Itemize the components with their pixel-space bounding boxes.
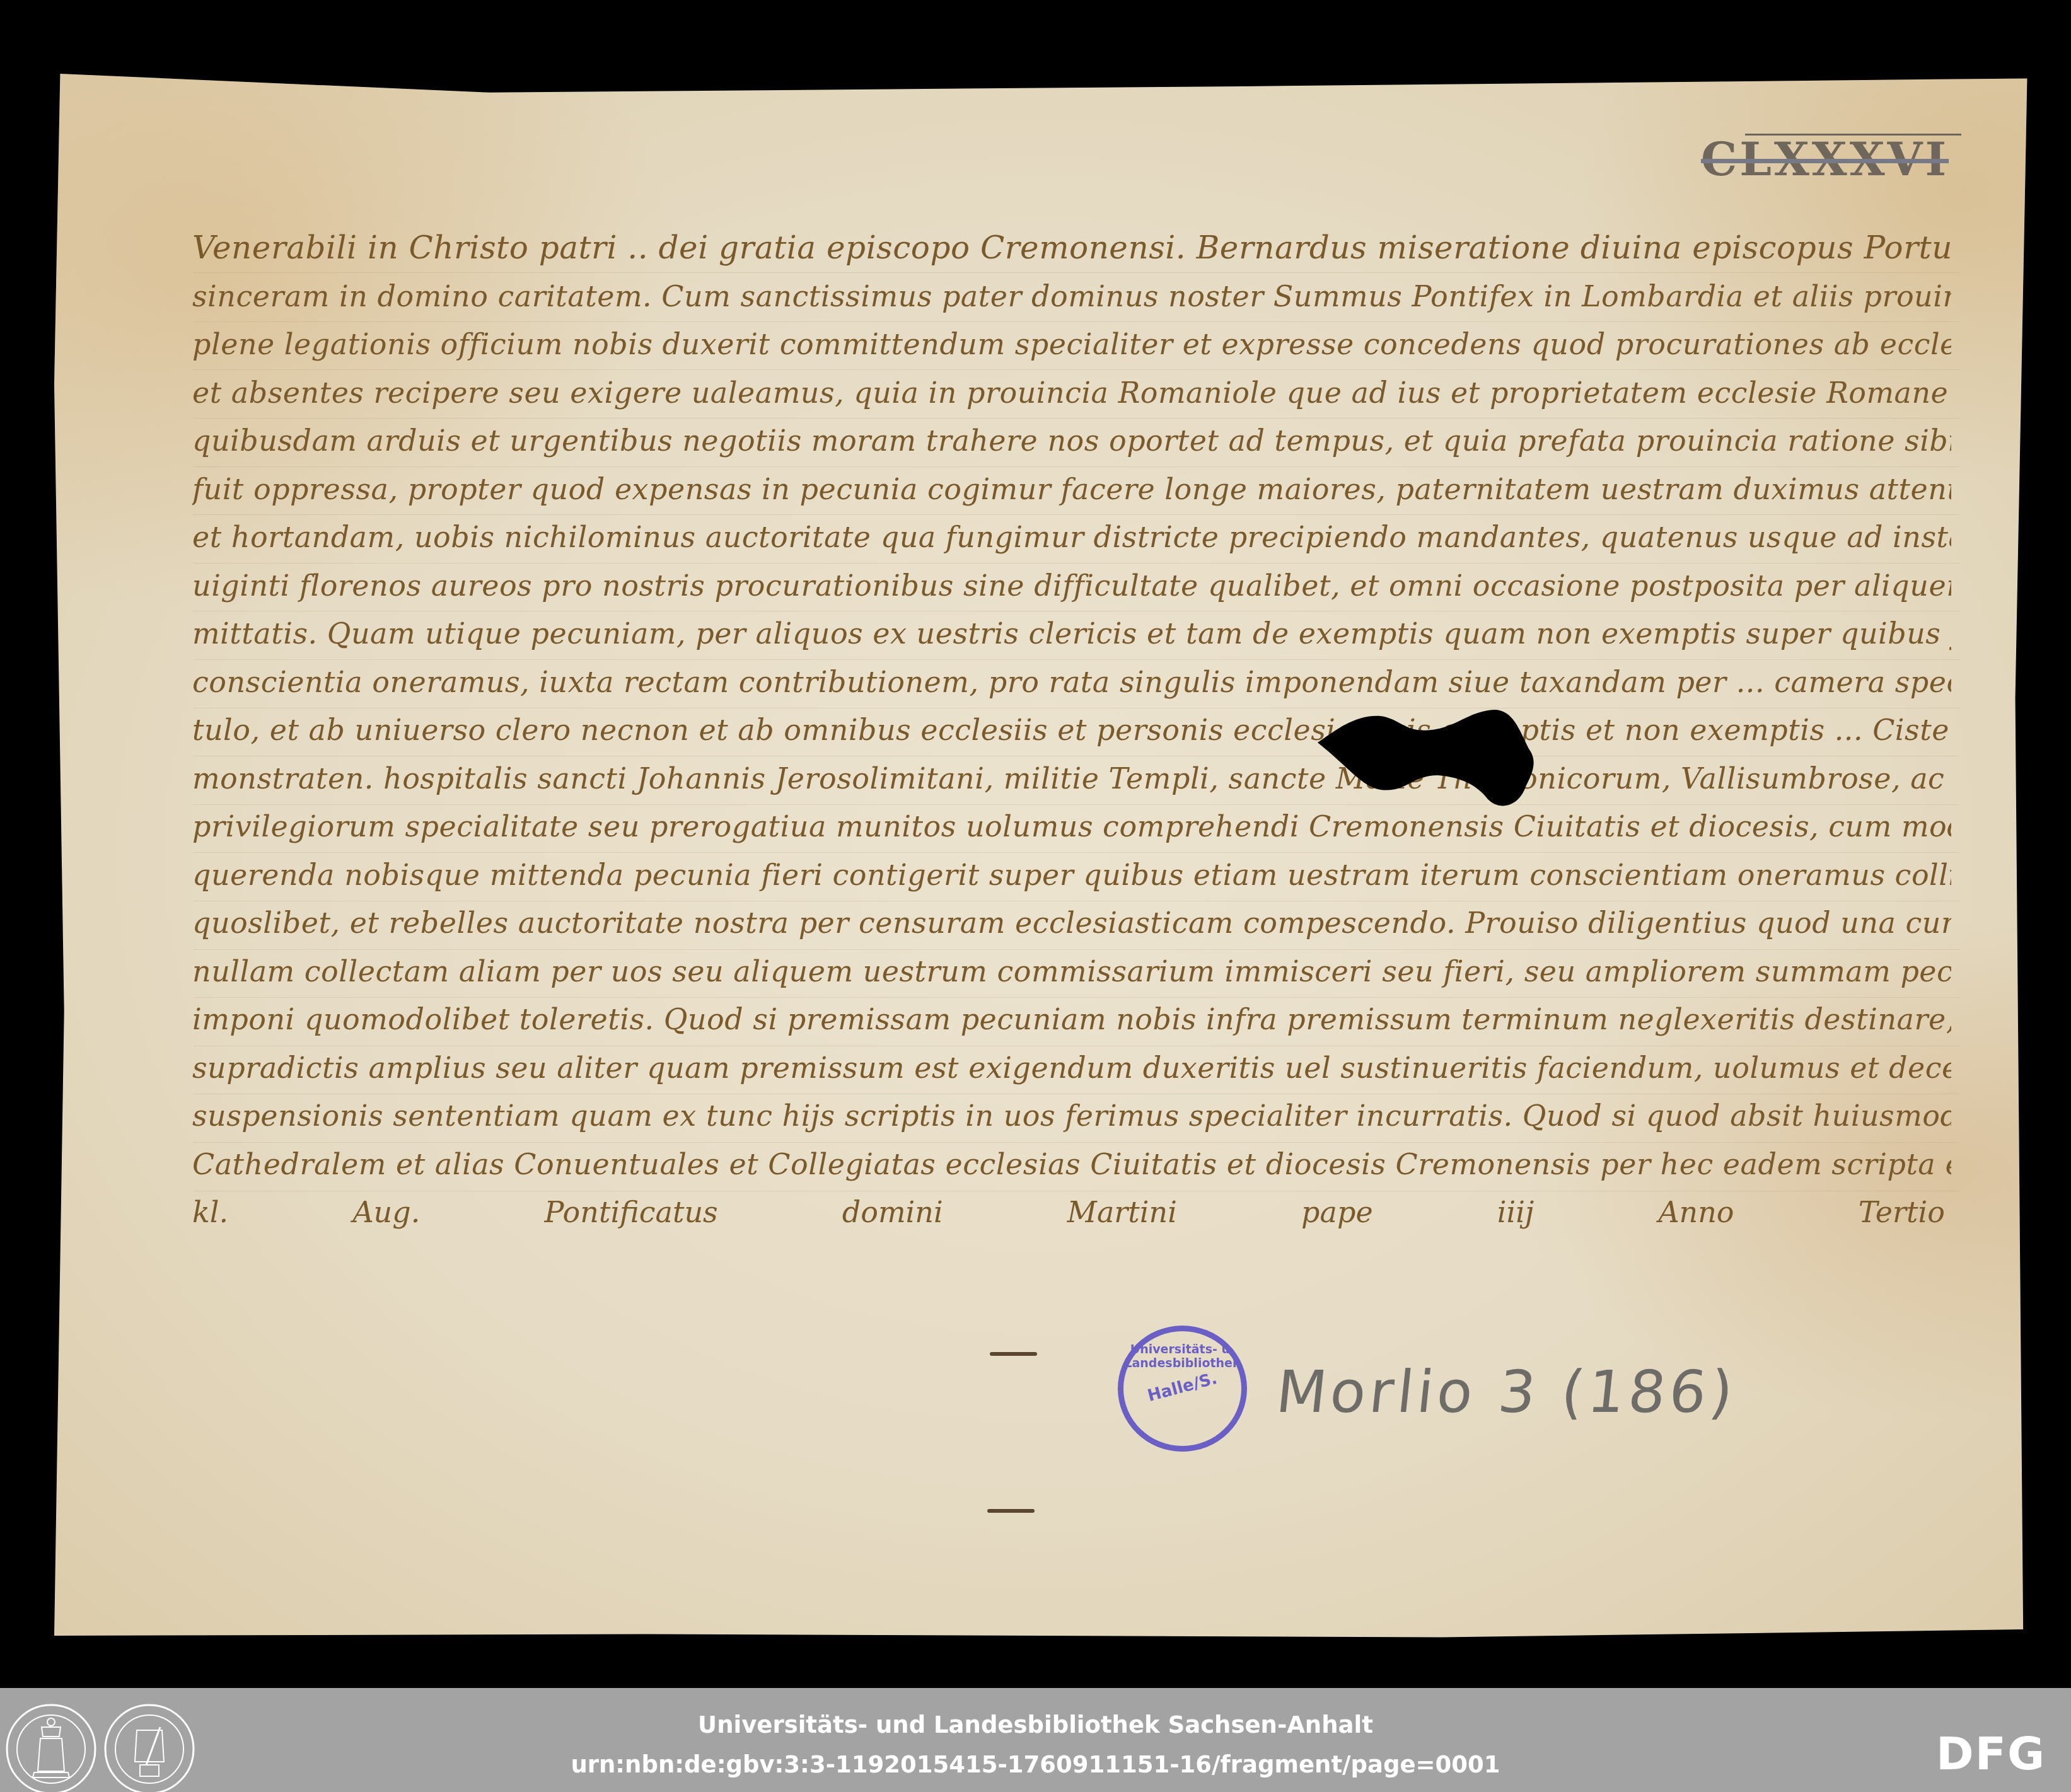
text-line: querenda nobisque mittenda pecunia fieri… [192, 851, 1951, 899]
text-line: quoslibet, et rebelles auctoritate nostr… [192, 899, 1951, 947]
dating-word: domini [842, 1188, 943, 1237]
text-line: privilegiorum specialitate seu prerogati… [192, 802, 1951, 851]
text-line: conscientia oneramus, iuxta rectam contr… [192, 658, 1951, 707]
library-stamp: Universitäts- u. Landesbibliothek Halle/… [1118, 1326, 1247, 1452]
text-line: mittatis. Quam utique pecuniam, per aliq… [192, 610, 1951, 658]
dfg-logo: DFG [1936, 1727, 2046, 1780]
dating-word: Tertio [1859, 1188, 1945, 1237]
dating-word: Anno [1658, 1188, 1734, 1237]
text-line: sinceram in domino caritatem. Cum sancti… [192, 272, 1951, 321]
seal-slit [990, 1352, 1037, 1356]
parchment-hole [1311, 705, 1545, 812]
dating-word: iiij [1497, 1188, 1534, 1237]
dating-word: Martini [1067, 1188, 1177, 1237]
text-line: fuit oppressa, propter quod expensas in … [192, 465, 1951, 514]
urn-identifier[interactable]: urn:nbn:de:gbv:3:3-1192015415-1760911151… [0, 1751, 2071, 1778]
text-line: quibusdam arduis et urgentibus negotiis … [192, 417, 1951, 465]
document-viewer: CLXXXVI Venerabili in Christo patri .. d… [0, 0, 2071, 1792]
institution-name: Universitäts- und Landesbibliothek Sachs… [0, 1711, 2071, 1738]
footer-bar: Universitäts- und Landesbibliothek Sachs… [0, 1688, 2071, 1792]
seal-slit [987, 1509, 1035, 1513]
text-line: plene legationis officium nobis duxerit … [192, 320, 1951, 369]
dating-word: Pontificatus [544, 1188, 717, 1237]
text-line: supradictis amplius seu aliter quam prem… [192, 1044, 1951, 1092]
text-line: imponi quomodolibet toleretis. Quod si p… [192, 995, 1951, 1044]
text-line: Venerabili in Christo patri .. dei grati… [192, 224, 1951, 272]
text-line: monstraten. hospitalis sancti Johannis J… [192, 754, 1951, 803]
text-line: nullam collectam aliam per uos seu aliqu… [192, 947, 1951, 996]
dating-word: kl. [192, 1188, 228, 1237]
pencil-shelf-note: Morlio 3 (186) [1273, 1358, 1740, 1426]
text-line: et absentes recipere seu exigere ualeamu… [192, 369, 1951, 417]
shelfmark-numeral: CLXXXVI [1701, 132, 1949, 186]
dating-clause: kl. Aug. Pontificatus domini Martini pap… [192, 1188, 1951, 1237]
dating-word: Aug. [352, 1188, 420, 1237]
text-line: suspensionis sententiam quam ex tunc hij… [192, 1092, 1951, 1140]
text-line: tulo, et ab uniuerso clero necnon et ab … [192, 706, 1951, 754]
text-line: et hortandam, uobis nichilominus auctori… [192, 513, 1951, 562]
text-line: uiginti florenos aureos pro nostris proc… [192, 562, 1951, 610]
charter-text: Venerabili in Christo patri .. dei grati… [192, 224, 1951, 1237]
text-line: Cathedralem et alias Conuentuales et Col… [192, 1140, 1951, 1189]
dating-word: pape [1301, 1188, 1373, 1237]
